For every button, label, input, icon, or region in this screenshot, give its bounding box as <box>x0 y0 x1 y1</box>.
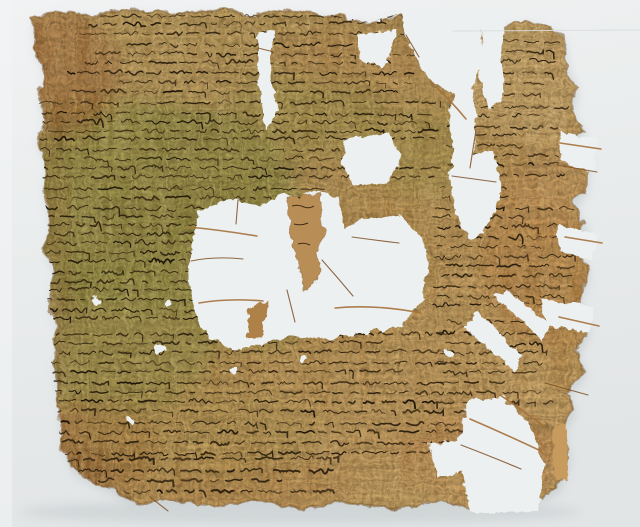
papyrus-photograph <box>0 0 640 527</box>
papyrus-photo-canvas <box>0 0 640 527</box>
background-sheen <box>0 0 12 527</box>
